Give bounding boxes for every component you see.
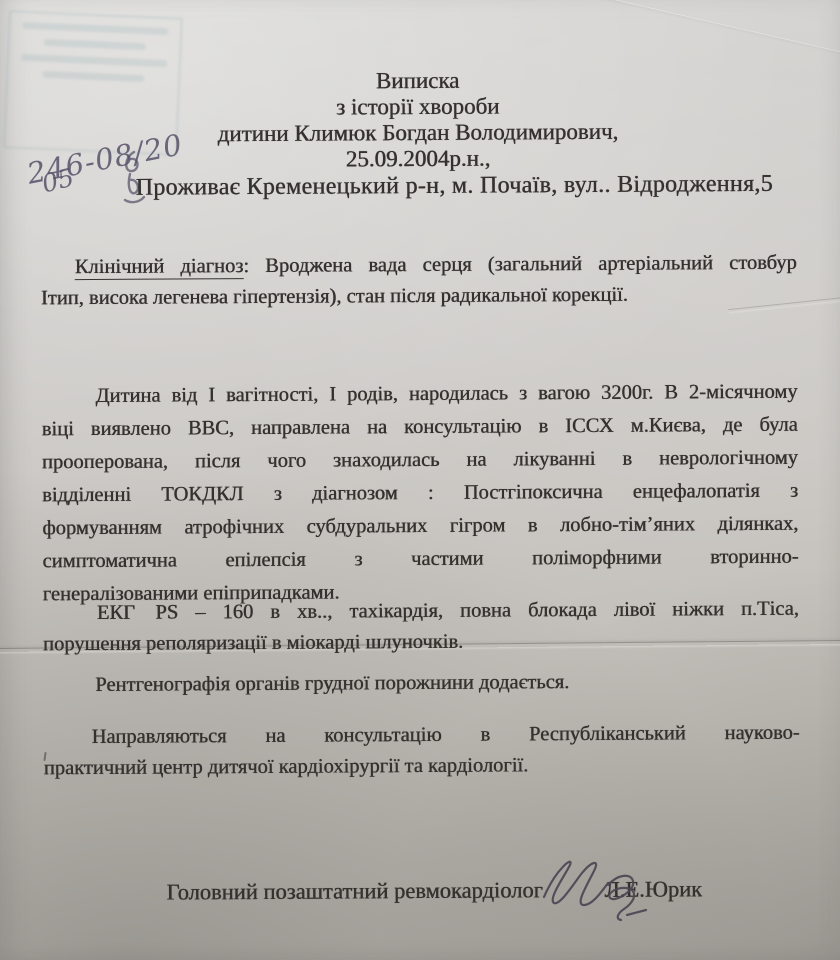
referral-paragraph: Направляються на консультацію в Республі… xyxy=(43,718,799,785)
diagnosis-label: Клінічний діагноз xyxy=(75,255,244,280)
address-line: Проживає Кременецький р-н, м. Почаїв, ву… xyxy=(34,170,840,201)
birth-date-line: 25.09.2004р.н., xyxy=(0,143,838,174)
history-line: відділенні ТОКДКЛ з діагнозом : Постгіпо… xyxy=(42,475,798,513)
diagnosis-line: Ітип, висока легенева гіпертензія), стан… xyxy=(41,279,797,315)
diagnosis-paragraph: Клінічний діагноз: Вроджена вада серця (… xyxy=(41,248,797,315)
history-line: віці виявлено ВВС, направлена на консуль… xyxy=(42,409,798,447)
history-line: формуванням атрофічних субдуральних гігр… xyxy=(42,508,798,546)
ecg-line: порушення реполяризації в міокарді шлуно… xyxy=(43,625,799,661)
history-line: симптоматична епілепсія з частими полімо… xyxy=(42,541,798,579)
xray-line: Рентгенографія органів грудної порожнини… xyxy=(43,666,799,702)
history-line: Дитина від І вагітності, І родів, народи… xyxy=(41,376,797,414)
referral-line: практичний центр дитячої кардіохірургії … xyxy=(44,749,800,785)
ecg-line: ЕКГ PS – 160 в хв.., тахікардія, повна б… xyxy=(43,594,799,630)
document-header: Виписка з історії хвороби дитини Климюк … xyxy=(0,65,838,201)
referral-line: Направляються на консультацію в Республі… xyxy=(43,718,799,754)
document-photo: 246-08/20 05 Виписка з історії хвороби д… xyxy=(0,0,840,960)
history-paragraph: Дитина від І вагітності, І родів, народи… xyxy=(41,376,798,612)
signature-row: Головний позаштатний ревмокардіолог Л.Е.… xyxy=(44,874,800,909)
diagnosis-text: : Вроджена вада серця (загальний артеріа… xyxy=(243,252,797,277)
history-line: прооперована, після чого знаходилась на … xyxy=(42,442,798,480)
document-content: Виписка з історії хвороби дитини Климюк … xyxy=(0,0,840,960)
ecg-paragraph: ЕКГ PS – 160 в хв.., тахікардія, повна б… xyxy=(43,594,799,661)
signature-scribble xyxy=(530,849,662,923)
diagnosis-line: Клінічний діагноз: Вроджена вада серця (… xyxy=(41,248,797,284)
signature-title: Головний позаштатний ревмокардіолог xyxy=(166,877,542,904)
